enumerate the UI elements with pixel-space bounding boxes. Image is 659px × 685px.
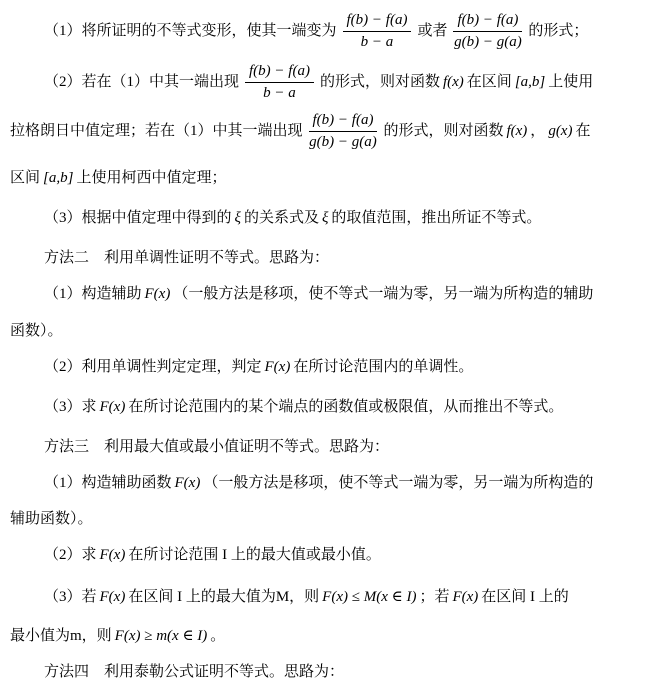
text-run: 方法四 利用泰勒公式证明不等式。思路为： [44, 662, 344, 682]
fraction: f(b) − f(a) b − a [245, 62, 314, 103]
method3-step-3-continuation: 最小值为m，则 F(x) ≥ m(x ∈ I) 。 [10, 626, 225, 646]
fraction-numerator: f(b) − f(a) [453, 11, 522, 32]
mvt-step-2-continuation-2: 区间 [a,b] 上使用柯西中值定理； [10, 168, 226, 188]
method2-step-1-continuation: 函数）。 [10, 321, 63, 341]
text-run: 的关系式及 [244, 208, 319, 228]
text-run: （1）将所证明的不等式变形，使其一端变为 [44, 21, 337, 41]
text-run: 在区间 [467, 72, 512, 92]
inline-math: F(x) [142, 284, 174, 304]
method2-step-1: （1）构造辅助 F(x) （一般方法是移项，使不等式一端为零，另一端为所构造的辅… [44, 284, 593, 304]
text-run: 在所讨论范围 I 上的最大值或最小值。 [128, 545, 381, 565]
text-run: 或者 [417, 21, 447, 41]
fraction: f(b) − f(a) g(b) − g(a) [309, 111, 378, 152]
method-3-heading: 方法三 利用最大值或最小值证明不等式。思路为： [44, 437, 389, 457]
text-run: 的形式； [528, 21, 588, 41]
method2-step-2: （2）利用单调性判定定理，判定 F(x) 在所讨论范围内的单调性。 [44, 357, 473, 377]
inline-math: F(x) [449, 587, 481, 607]
method-4-heading: 方法四 利用泰勒公式证明不等式。思路为： [44, 662, 344, 682]
text-run: 在区间 I 上的最大值为M，则 [128, 587, 319, 607]
text-run: 拉格朗日中值定理；若在（1）中其一端出现 [10, 121, 303, 141]
fraction: f(b) − f(a) b − a [343, 11, 412, 52]
text-run: 的取值范围，推出所证不等式。 [331, 208, 541, 228]
inline-math: f(x) [440, 72, 467, 92]
text-run: 辅助函数）。 [10, 509, 93, 529]
text-run: （2）求 [44, 545, 97, 565]
text-run: ；若 [419, 587, 449, 607]
fraction-numerator: f(b) − f(a) [245, 62, 314, 83]
fraction: f(b) − f(a) g(b) − g(a) [453, 11, 522, 52]
text-run: 在 [575, 121, 590, 141]
text-run: ， [530, 121, 545, 141]
text-run: （一般方法是移项，使不等式一端为零，另一端为所构造的辅助 [173, 284, 593, 304]
fraction-numerator: f(b) − f(a) [309, 111, 378, 132]
text-run: （3）求 [44, 397, 97, 417]
text-run: （1）构造辅助 [44, 284, 142, 304]
fraction-denominator: g(b) − g(a) [309, 132, 377, 152]
inline-math: g(x) [545, 121, 575, 141]
text-run: （一般方法是移项，使不等式一端为零，另一端为所构造的 [203, 473, 593, 493]
text-run: 上使用 [548, 72, 593, 92]
text-run: 在所讨论范围内的某个端点的函数值或极限值，从而推出不等式。 [128, 397, 563, 417]
inline-math: F(x) [97, 397, 129, 417]
method3-step-1-continuation: 辅助函数）。 [10, 509, 93, 529]
method3-step-1: （1）构造辅助函数 F(x) （一般方法是移项，使不等式一端为零，另一端为所构造… [44, 473, 593, 493]
inline-math: [a,b] [40, 168, 76, 188]
text-run: （3）若 [44, 587, 97, 607]
method3-step-2: （2）求 F(x) 在所讨论范围 I 上的最大值或最小值。 [44, 545, 381, 565]
text-run: 的形式，则对函数 [383, 121, 503, 141]
document-page: （1）将所证明的不等式变形，使其一端变为 f(b) − f(a) b − a 或… [0, 0, 659, 685]
mvt-step-2: （2）若在（1）中其一端出现 f(b) − f(a) b − a 的形式，则对函… [44, 59, 593, 105]
text-run: 上使用柯西中值定理； [76, 168, 226, 188]
text-run: 在所讨论范围内的单调性。 [293, 357, 473, 377]
inline-math: [a,b] [512, 72, 548, 92]
inline-math: f(x) [503, 121, 530, 141]
method3-step-3: （3）若 F(x) 在区间 I 上的最大值为M，则 F(x) ≤ M(x ∈ I… [44, 587, 569, 607]
text-run: 函数）。 [10, 321, 63, 341]
text-run: 在区间 I 上的 [481, 587, 569, 607]
text-run: 的形式，则对函数 [320, 72, 440, 92]
mvt-step-3: （3）根据中值定理中得到的 ξ 的关系式及 ξ 的取值范围，推出所证不等式。 [44, 208, 541, 228]
inline-math-inequality: F(x) ≥ m(x ∈ I) [112, 626, 211, 646]
fraction-numerator: f(b) − f(a) [343, 11, 412, 32]
text-run: （2）若在（1）中其一端出现 [44, 72, 239, 92]
inline-math: F(x) [172, 473, 204, 493]
inline-math: F(x) [97, 587, 129, 607]
text-run: 。 [210, 626, 225, 646]
inline-math-xi: ξ [232, 208, 244, 228]
text-run: 方法三 利用最大值或最小值证明不等式。思路为： [44, 437, 389, 457]
method2-step-3: （3）求 F(x) 在所讨论范围内的某个端点的函数值或极限值，从而推出不等式。 [44, 397, 563, 417]
text-run: （3）根据中值定理中得到的 [44, 208, 232, 228]
text-run: （1）构造辅助函数 [44, 473, 172, 493]
inline-math: F(x) [97, 545, 129, 565]
text-run: （2）利用单调性判定定理，判定 [44, 357, 262, 377]
inline-math-inequality: F(x) ≤ M(x ∈ I) [319, 587, 419, 607]
fraction-denominator: g(b) − g(a) [454, 32, 522, 52]
inline-math-xi: ξ [319, 208, 331, 228]
fraction-denominator: b − a [263, 83, 296, 103]
fraction-denominator: b − a [361, 32, 394, 52]
mvt-step-1: （1）将所证明的不等式变形，使其一端变为 f(b) − f(a) b − a 或… [44, 8, 588, 54]
text-run: 最小值为m，则 [10, 626, 112, 646]
inline-math: F(x) [262, 357, 294, 377]
method-2-heading: 方法二 利用单调性证明不等式。思路为： [44, 248, 329, 268]
text-run: 区间 [10, 168, 40, 188]
text-run: 方法二 利用单调性证明不等式。思路为： [44, 248, 329, 268]
mvt-step-2-continuation: 拉格朗日中值定理；若在（1）中其一端出现 f(b) − f(a) g(b) − … [10, 108, 590, 154]
